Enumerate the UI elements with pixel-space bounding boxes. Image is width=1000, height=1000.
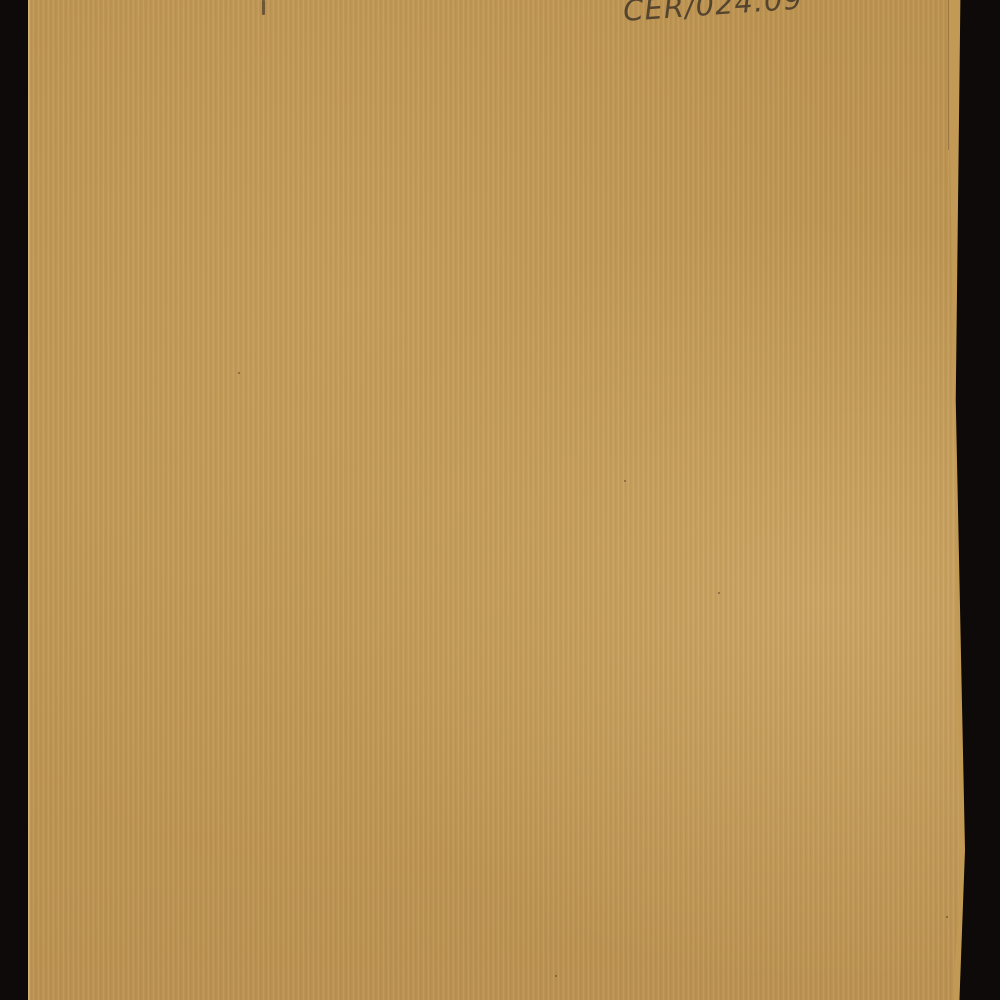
paper-speck	[624, 480, 626, 482]
paper-speck	[238, 372, 240, 374]
photo-scene: CER/024.09	[0, 0, 1000, 1000]
paper-speck	[555, 975, 557, 977]
folder-cover	[28, 0, 960, 1000]
paper-speck	[946, 916, 948, 918]
paper-left-edge	[28, 0, 31, 1000]
paper-speck	[718, 592, 720, 594]
ink-mark	[262, 0, 265, 15]
paper-fold-line	[948, 0, 949, 150]
